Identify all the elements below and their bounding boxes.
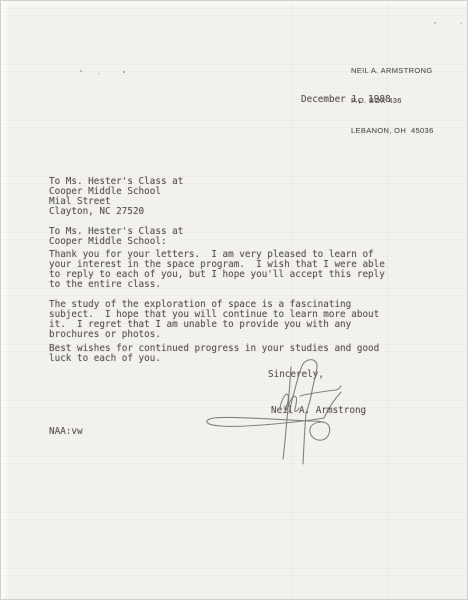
letterhead-name: NEIL A. ARMSTRONG — [351, 66, 434, 76]
paper-speck — [80, 70, 82, 72]
paper-speck — [123, 71, 125, 73]
paper-fold-line — [387, 1, 388, 599]
paper-speck — [460, 23, 462, 24]
paper-fold-line — [291, 1, 292, 599]
signed-name: Neil A. Armstrong — [271, 406, 366, 416]
letterhead-city-state-zip: LEBANON, OH 45036 — [351, 126, 434, 136]
handwritten-signature-icon — [181, 356, 421, 486]
recipient-address: To Ms. Hester's Class at Cooper Middle S… — [49, 177, 183, 217]
reference-initials: NAA:vw — [49, 427, 83, 437]
salutation: To Ms. Hester's Class at Cooper Middle S… — [49, 227, 183, 247]
paper-speck — [98, 73, 100, 74]
scanned-letter-page: NEIL A. ARMSTRONG P.O. BOX 436 LEBANON, … — [0, 0, 468, 600]
body-paragraph-2: The study of the exploration of space is… — [49, 300, 379, 340]
date-line: December 1, 1988 — [301, 95, 391, 105]
paper-speck — [434, 22, 436, 24]
body-paragraph-1: Thank you for your letters. I am very pl… — [49, 250, 385, 290]
